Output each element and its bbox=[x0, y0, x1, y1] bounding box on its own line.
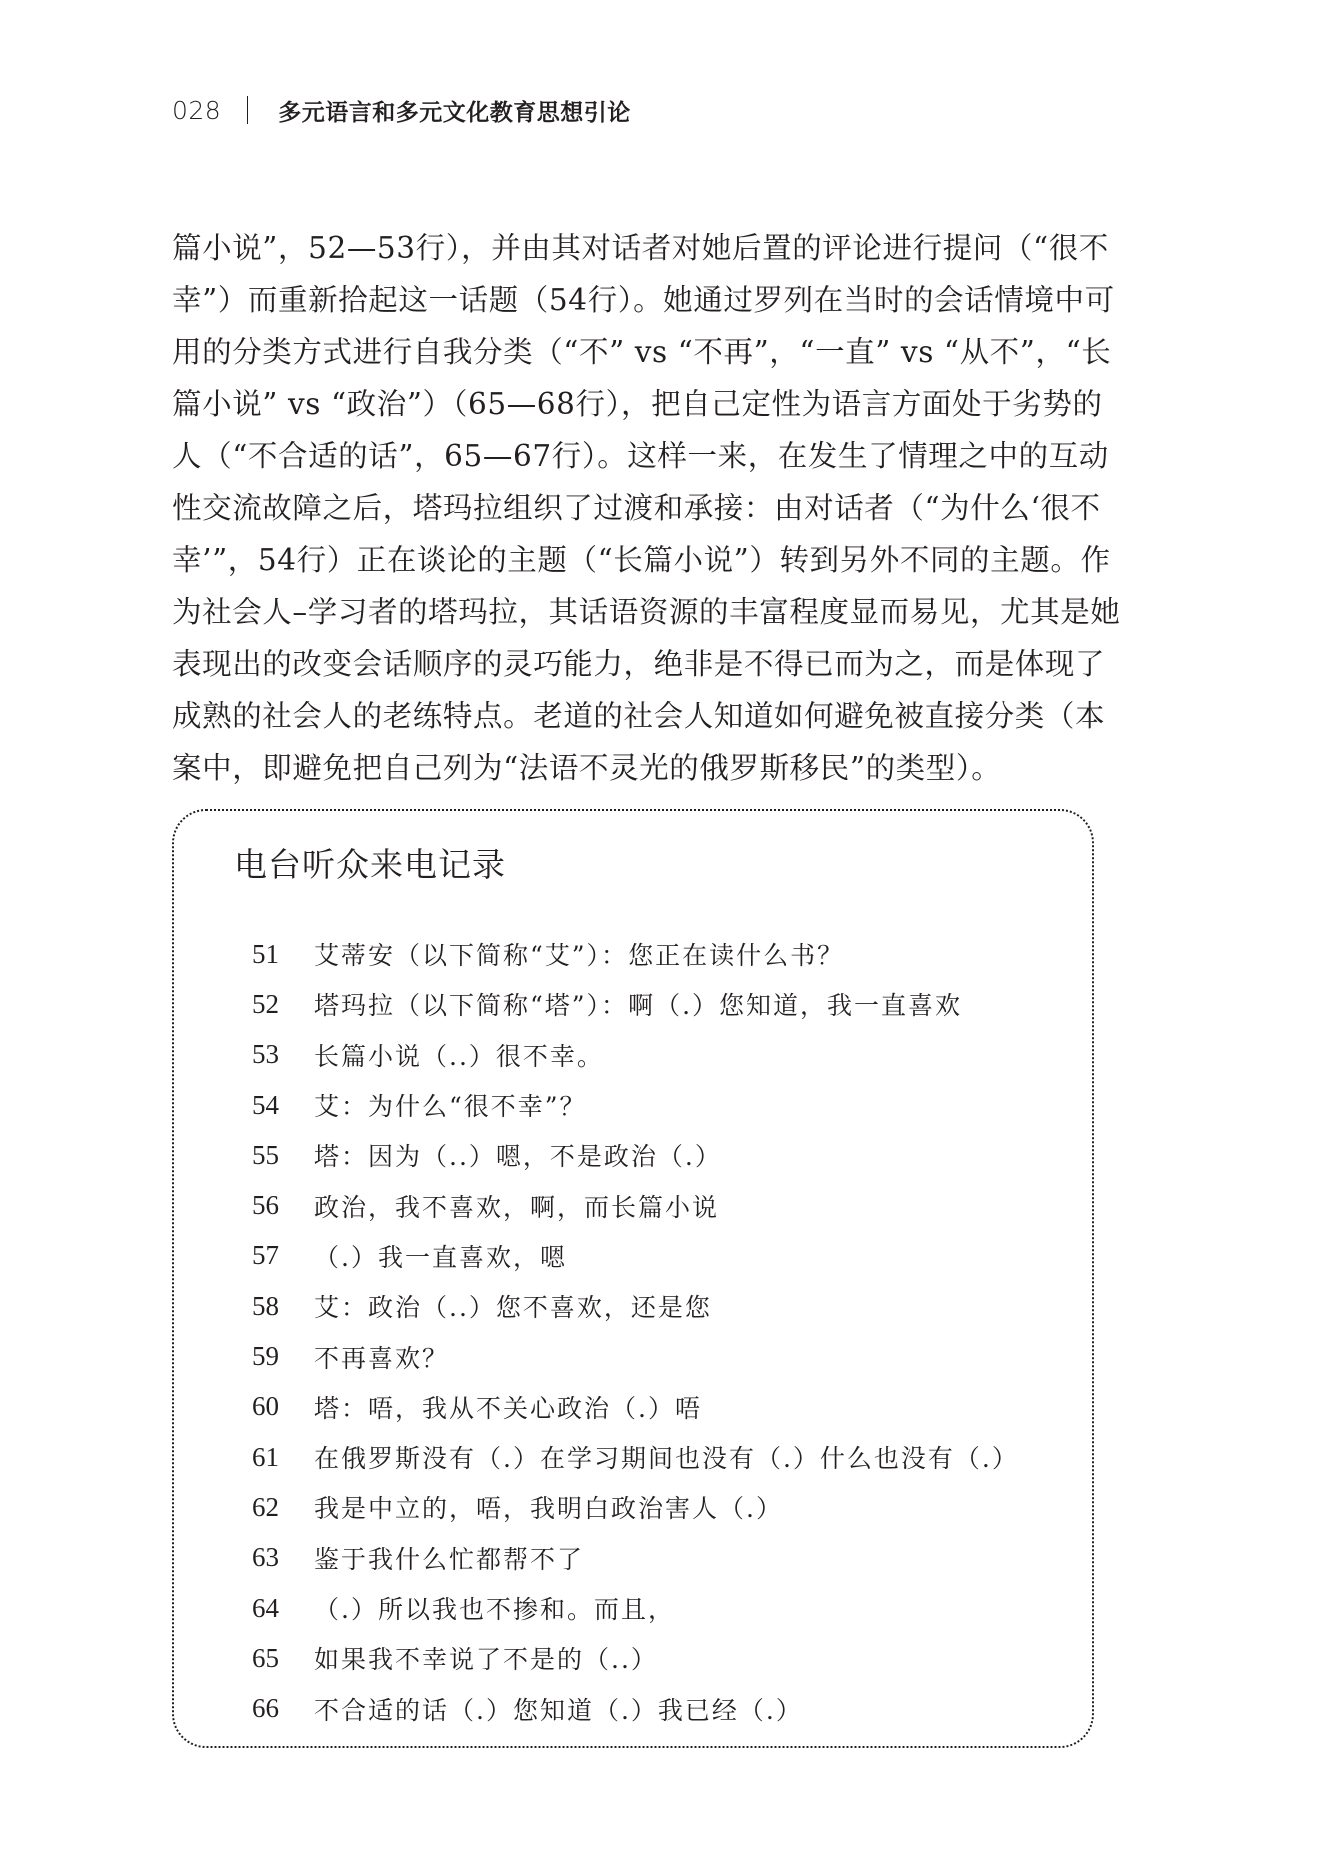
line-text: 我是中立的，唔，我明白政治害人（.） bbox=[314, 1489, 783, 1525]
line-number: 60 bbox=[252, 1391, 314, 1422]
transcript-list: 51 艾蒂安（以下简称“艾”）：您正在读什么书？ 52 塔玛拉（以下简称“塔”）… bbox=[252, 929, 1019, 1734]
paragraph-line: 表现出的改变会话顺序的灵巧能力，绝非是不得已而为之，而是体现了 bbox=[172, 638, 1094, 690]
line-number: 54 bbox=[252, 1090, 314, 1121]
transcript-line: 64 （.）所以我也不掺和。而且， bbox=[252, 1583, 1019, 1633]
line-text: 政治，我不喜欢，啊，而长篇小说 bbox=[314, 1188, 719, 1224]
line-number: 66 bbox=[252, 1693, 314, 1724]
line-number: 51 bbox=[252, 939, 314, 970]
paragraph-line: 人（“不合适的话”，65—67行）。这样一来，在发生了情理之中的互动 bbox=[172, 430, 1094, 482]
line-text: （.）我一直喜欢，嗯 bbox=[314, 1238, 567, 1274]
transcript-line: 61 在俄罗斯没有（.）在学习期间也没有（.）什么也没有（.） bbox=[252, 1432, 1019, 1482]
line-number: 56 bbox=[252, 1190, 314, 1221]
line-text: 艾蒂安（以下简称“艾”）：您正在读什么书？ bbox=[314, 936, 844, 972]
paragraph-line: 篇小说” vs “政治”）（65—68行），把自己定性为语言方面处于劣势的 bbox=[172, 378, 1094, 430]
transcript-line: 62 我是中立的，唔，我明白政治害人（.） bbox=[252, 1482, 1019, 1532]
line-text: 长篇小说（..）很不幸。 bbox=[314, 1037, 604, 1073]
transcript-line: 57 （.）我一直喜欢，嗯 bbox=[252, 1231, 1019, 1281]
line-text: 如果我不幸说了不是的（..） bbox=[314, 1640, 658, 1676]
transcript-line: 53 长篇小说（..）很不幸。 bbox=[252, 1030, 1019, 1080]
line-number: 61 bbox=[252, 1442, 314, 1473]
line-text: 塔：因为（..）嗯，不是政治（.） bbox=[314, 1137, 722, 1173]
line-text: 鉴于我什么忙都帮不了 bbox=[314, 1540, 584, 1576]
line-text: 艾：政治（..）您不喜欢，还是您 bbox=[314, 1288, 712, 1324]
paragraph-line: 篇小说”，52—53行），并由其对话者对她后置的评论进行提问（“很不 bbox=[172, 222, 1094, 274]
transcript-box: 电台听众来电记录 51 艾蒂安（以下简称“艾”）：您正在读什么书？ 52 塔玛拉… bbox=[172, 809, 1094, 1748]
transcript-line: 52 塔玛拉（以下简称“塔”）：啊（.）您知道，我一直喜欢 bbox=[252, 979, 1019, 1029]
transcript-line: 58 艾：政治（..）您不喜欢，还是您 bbox=[252, 1281, 1019, 1331]
line-number: 58 bbox=[252, 1291, 314, 1322]
line-number: 52 bbox=[252, 989, 314, 1020]
line-number: 59 bbox=[252, 1341, 314, 1372]
paragraph-line: 为社会人–学习者的塔玛拉，其话语资源的丰富程度显而易见，尤其是她 bbox=[172, 586, 1094, 638]
transcript-line: 65 如果我不幸说了不是的（..） bbox=[252, 1633, 1019, 1683]
transcript-line: 63 鉴于我什么忙都帮不了 bbox=[252, 1533, 1019, 1583]
paragraph-line: 成熟的社会人的老练特点。老道的社会人知道如何避免被直接分类（本 bbox=[172, 690, 1094, 742]
body-paragraph: 篇小说”，52—53行），并由其对话者对她后置的评论进行提问（“很不 幸”）而重… bbox=[172, 222, 1094, 794]
line-text: 不再喜欢？ bbox=[314, 1339, 449, 1375]
line-text: 塔玛拉（以下简称“塔”）：啊（.）您知道，我一直喜欢 bbox=[314, 986, 962, 1022]
transcript-title: 电台听众来电记录 bbox=[234, 839, 506, 886]
line-text: 在俄罗斯没有（.）在学习期间也没有（.）什么也没有（.） bbox=[314, 1439, 1019, 1475]
transcript-line: 66 不合适的话（.）您知道（.）我已经（.） bbox=[252, 1683, 1019, 1733]
line-number: 63 bbox=[252, 1542, 314, 1573]
line-text: 不合适的话（.）您知道（.）我已经（.） bbox=[314, 1691, 803, 1727]
paragraph-line: 用的分类方式进行自我分类（“不” vs “不再”，“一直” vs “从不”，“长 bbox=[172, 326, 1094, 378]
book-title: 多元语言和多元文化教育思想引论 bbox=[278, 94, 631, 127]
transcript-line: 59 不再喜欢？ bbox=[252, 1331, 1019, 1381]
line-text: （.）所以我也不掺和。而且， bbox=[314, 1590, 675, 1626]
transcript-line: 54 艾：为什么“很不幸”？ bbox=[252, 1080, 1019, 1130]
header-divider bbox=[247, 96, 248, 124]
transcript-line: 51 艾蒂安（以下简称“艾”）：您正在读什么书？ bbox=[252, 929, 1019, 979]
page-number: 028 bbox=[172, 96, 221, 125]
line-number: 62 bbox=[252, 1492, 314, 1523]
line-text: 艾：为什么“很不幸”？ bbox=[314, 1087, 587, 1123]
line-number: 57 bbox=[252, 1240, 314, 1271]
line-number: 55 bbox=[252, 1140, 314, 1171]
line-text: 塔：唔，我从不关心政治（.）唔 bbox=[314, 1389, 702, 1425]
paragraph-line: 幸”）而重新拾起这一话题（54行）。她通过罗列在当时的会话情境中可 bbox=[172, 274, 1094, 326]
paragraph-line: 幸’”，54行）正在谈论的主题（“长篇小说”）转到另外不同的主题。作 bbox=[172, 534, 1094, 586]
transcript-line: 56 政治，我不喜欢，啊，而长篇小说 bbox=[252, 1180, 1019, 1230]
line-number: 64 bbox=[252, 1593, 314, 1624]
paragraph-line: 性交流故障之后，塔玛拉组织了过渡和承接：由对话者（“为什么‘很不 bbox=[172, 482, 1094, 534]
transcript-line: 60 塔：唔，我从不关心政治（.）唔 bbox=[252, 1382, 1019, 1432]
running-head: 028 多元语言和多元文化教育思想引论 bbox=[172, 92, 631, 128]
paragraph-line: 案中，即避免把自己列为“法语不灵光的俄罗斯移民”的类型）。 bbox=[172, 742, 1094, 794]
transcript-line: 55 塔：因为（..）嗯，不是政治（.） bbox=[252, 1130, 1019, 1180]
line-number: 65 bbox=[252, 1643, 314, 1674]
line-number: 53 bbox=[252, 1039, 314, 1070]
